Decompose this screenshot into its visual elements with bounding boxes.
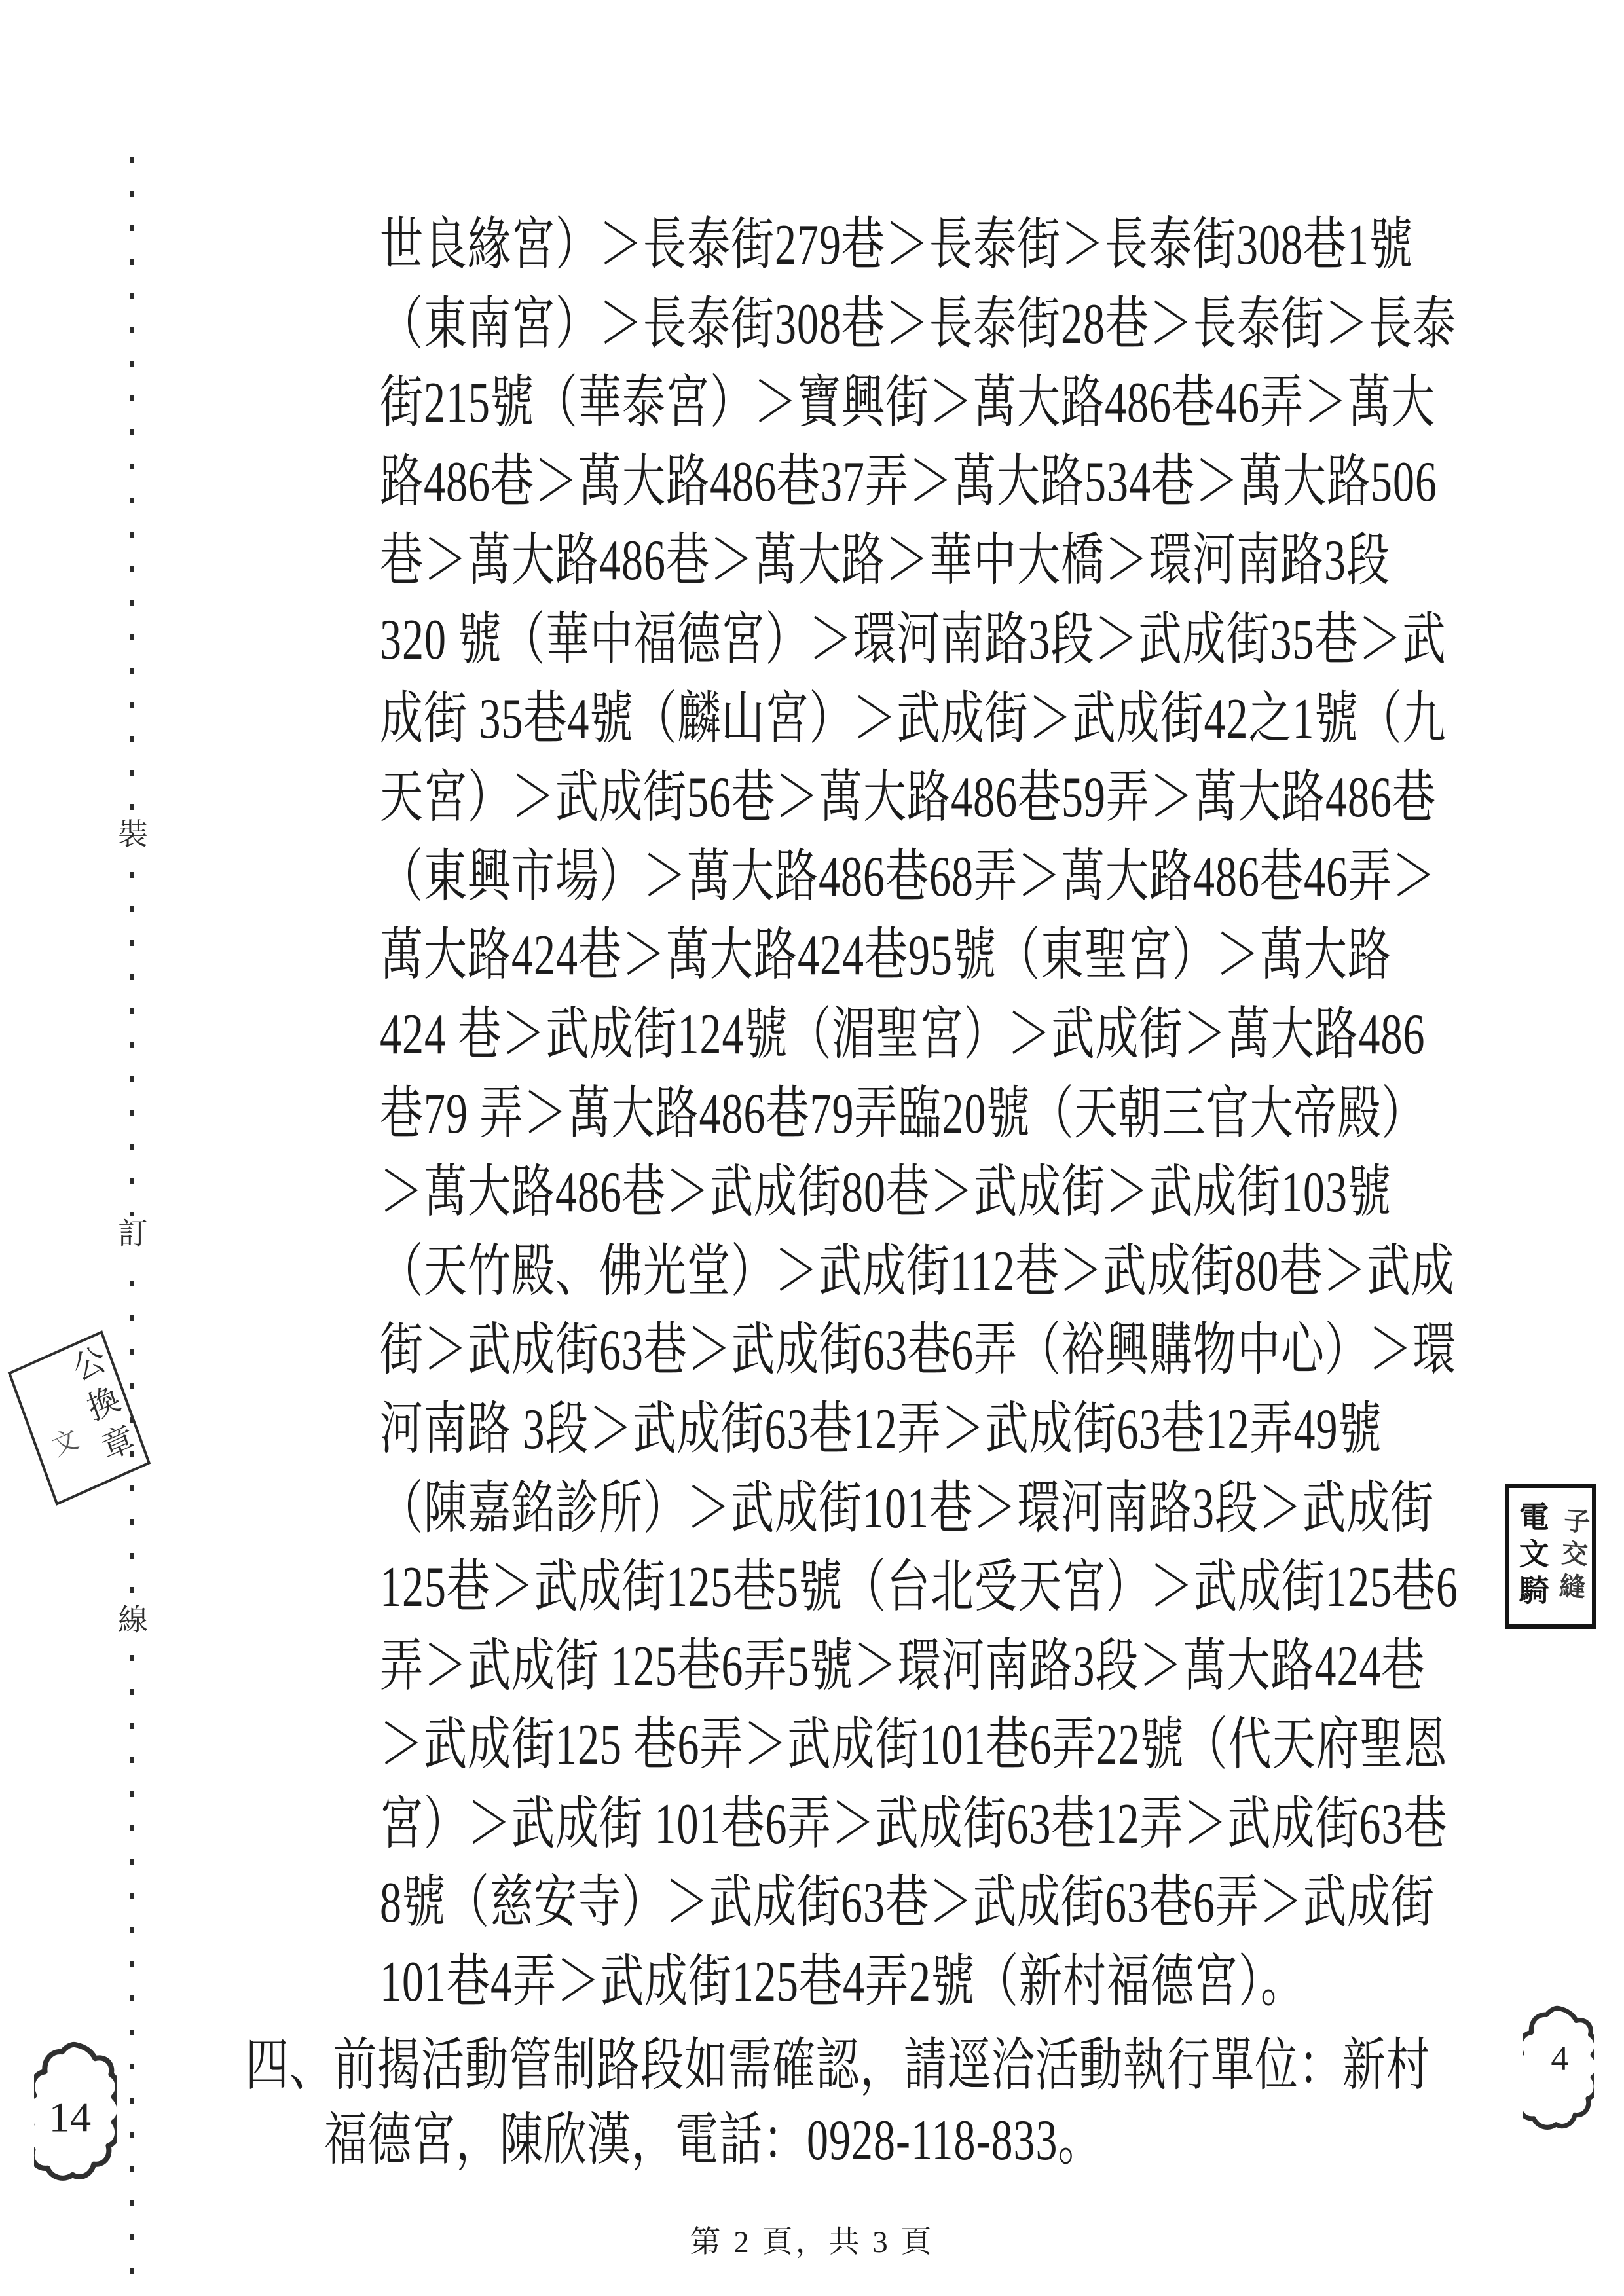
flower-seal-left-number: 14 <box>49 2093 92 2140</box>
margin-mark-staple: 訂 <box>115 1216 151 1252</box>
seam-stamp-right-column: 子交縫 <box>1551 1506 1595 1607</box>
margin-mark-thread: 線 <box>115 1603 151 1638</box>
seam-stamp: 電文騎 子交縫 <box>1505 1484 1596 1629</box>
flower-seal-right: 4 <box>1523 2003 1594 2137</box>
document-page: 裝 訂 線 世良緣宮）＞長泰街279巷＞長泰街＞長泰街308巷1號 （東南宮）＞… <box>0 0 1624 2296</box>
margin-mark-binding: 裝 <box>115 817 151 852</box>
flower-seal-left-icon: 14 <box>34 2041 117 2187</box>
page-footer: 第 2 頁，共 3 頁 <box>0 2223 1624 2262</box>
route-list: 世良緣宮）＞長泰街279巷＞長泰街＞長泰街308巷1號 （東南宮）＞長泰街308… <box>380 206 1458 2022</box>
exchange-stamp-left-column: 文 <box>41 1423 84 1463</box>
exchange-stamp-right-column: 公換章 <box>65 1341 139 1474</box>
flower-seal-right-number: 4 <box>1551 2039 1568 2078</box>
seam-stamp-left-column: 電文騎 <box>1510 1501 1553 1611</box>
item4-line2: 福德宮，陳欣漢，電話：0928-118-833。 <box>324 2088 1102 2193</box>
flower-seal-right-icon: 4 <box>1523 2003 1594 2137</box>
flower-seal-left: 14 <box>34 2041 117 2187</box>
